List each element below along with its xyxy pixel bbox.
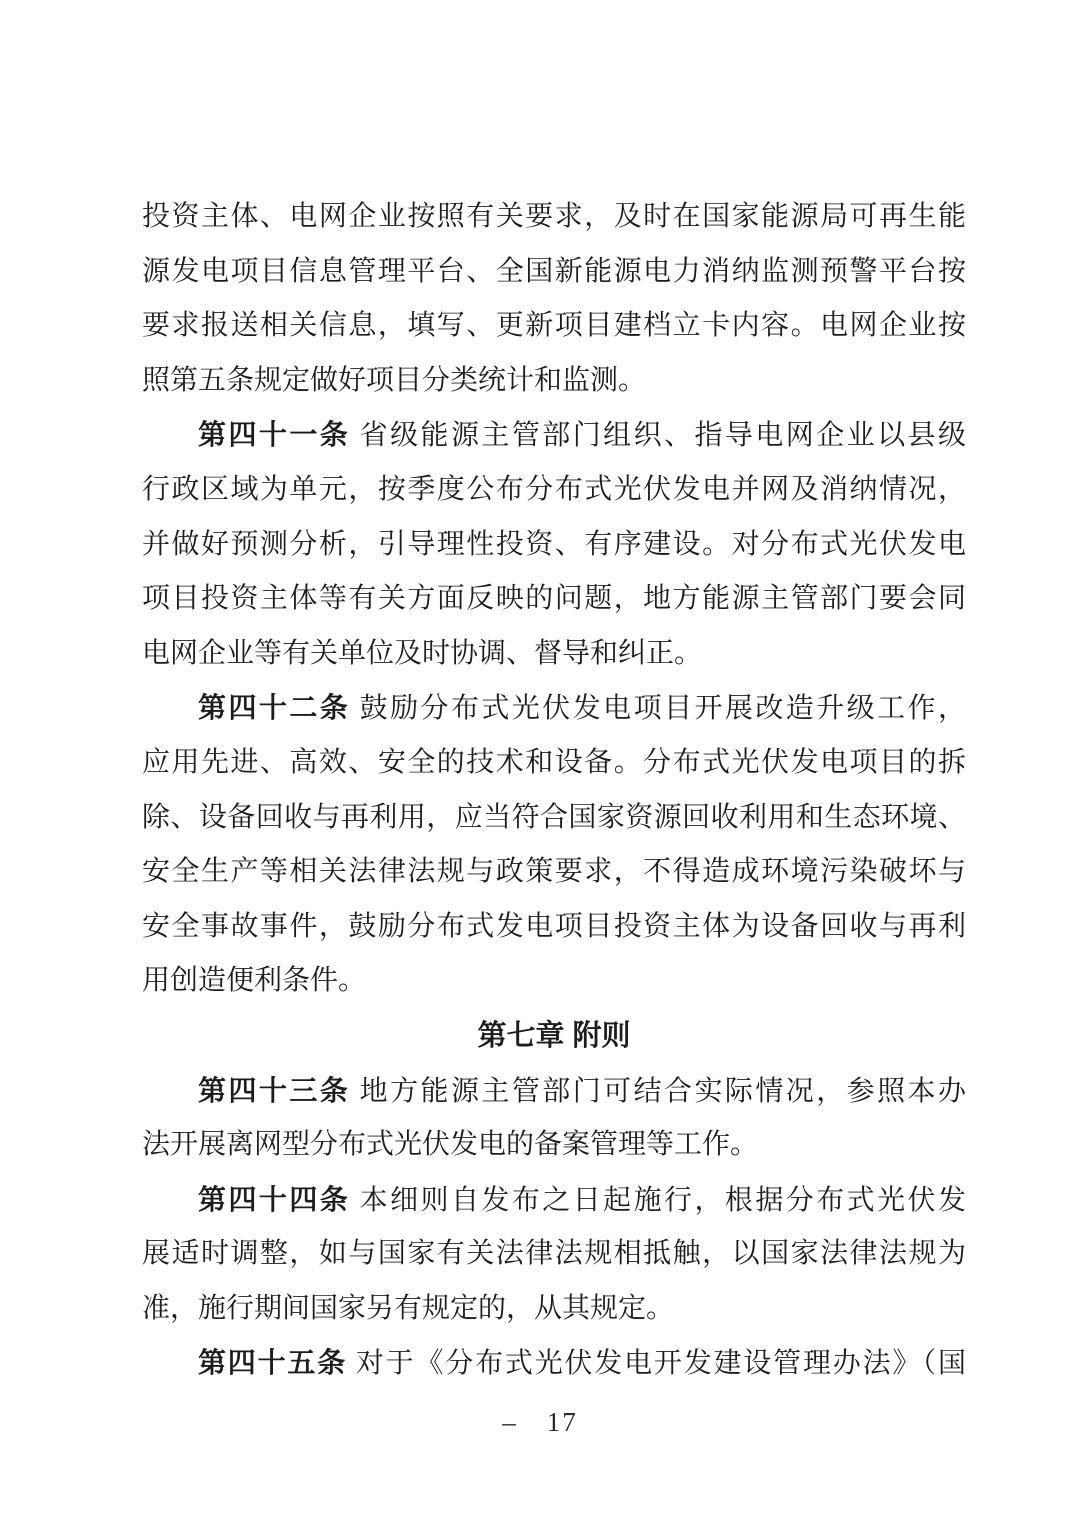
article-44-line: 第四十四条 本细则自发布之日起施行，根据分布式光伏发 [142,1173,966,1228]
page-number-footer: – 17 [0,1400,1080,1439]
paragraph-continuation-line: 源发电项目信息管理平台、全国新能源电力消纳监测预警平台按 [142,245,966,300]
article-43-line: 法开展离网型分布式光伏发电的备案管理等工作。 [142,1118,966,1173]
article-42-line: 安全生产等相关法律法规与政策要求，不得造成环境污染破坏与 [142,845,966,900]
article-number: 第四十三条 [198,1075,350,1106]
article-number: 第四十五条 [198,1347,347,1378]
article-42-line: 应用先进、高效、安全的技术和设备。分布式光伏发电项目的拆 [142,736,966,791]
paragraph-continuation-line: 投资主体、电网企业按照有关要求，及时在国家能源局可再生能 [142,190,966,245]
chapter-7-heading: 第七章 附则 [142,1009,966,1064]
article-44-line: 准，施行期间国家另有规定的，从其规定。 [142,1282,966,1337]
article-42-line: 安全事故事件，鼓励分布式发电项目投资主体为设备回收与再利 [142,900,966,955]
article-41-line: 行政区域为单元，按季度公布分布式光伏发电并网及消纳情况， [142,463,966,518]
article-42-line: 用创造便利条件。 [142,954,966,1009]
document-body: 投资主体、电网企业按照有关要求，及时在国家能源局可再生能源发电项目信息管理平台、… [142,190,966,1391]
article-number: 第四十二条 [198,692,350,723]
article-43-line: 第四十三条 地方能源主管部门可结合实际情况，参照本办 [142,1064,966,1119]
article-41-line: 电网企业等有关单位及时协调、督导和纠正。 [142,627,966,682]
document-page: { "page": { "background": "#ffffff", "te… [0,0,1080,1527]
article-45-line: 第四十五条 对于《分布式光伏发电开发建设管理办法》（国 [142,1336,966,1391]
article-number: 第四十四条 [198,1184,350,1215]
article-41-line: 并做好预测分析，引导理性投资、有序建设。对分布式光伏发电 [142,518,966,573]
article-41-line: 第四十一条 省级能源主管部门组织、指导电网企业以县级 [142,408,966,463]
article-number: 第四十一条 [198,419,350,450]
paragraph-continuation-line: 照第五条规定做好项目分类统计和监测。 [142,354,966,409]
article-41-line: 项目投资主体等有关方面反映的问题，地方能源主管部门要会同 [142,572,966,627]
paragraph-continuation-line: 要求报送相关信息，填写、更新项目建档立卡内容。电网企业按 [142,299,966,354]
article-44-line: 展适时调整，如与国家有关法律法规相抵触，以国家法律法规为 [142,1227,966,1282]
article-42-line: 除、设备回收与再利用，应当符合国家资源回收利用和生态环境、 [142,791,966,846]
article-42-line: 第四十二条 鼓励分布式光伏发电项目开展改造升级工作， [142,681,966,736]
